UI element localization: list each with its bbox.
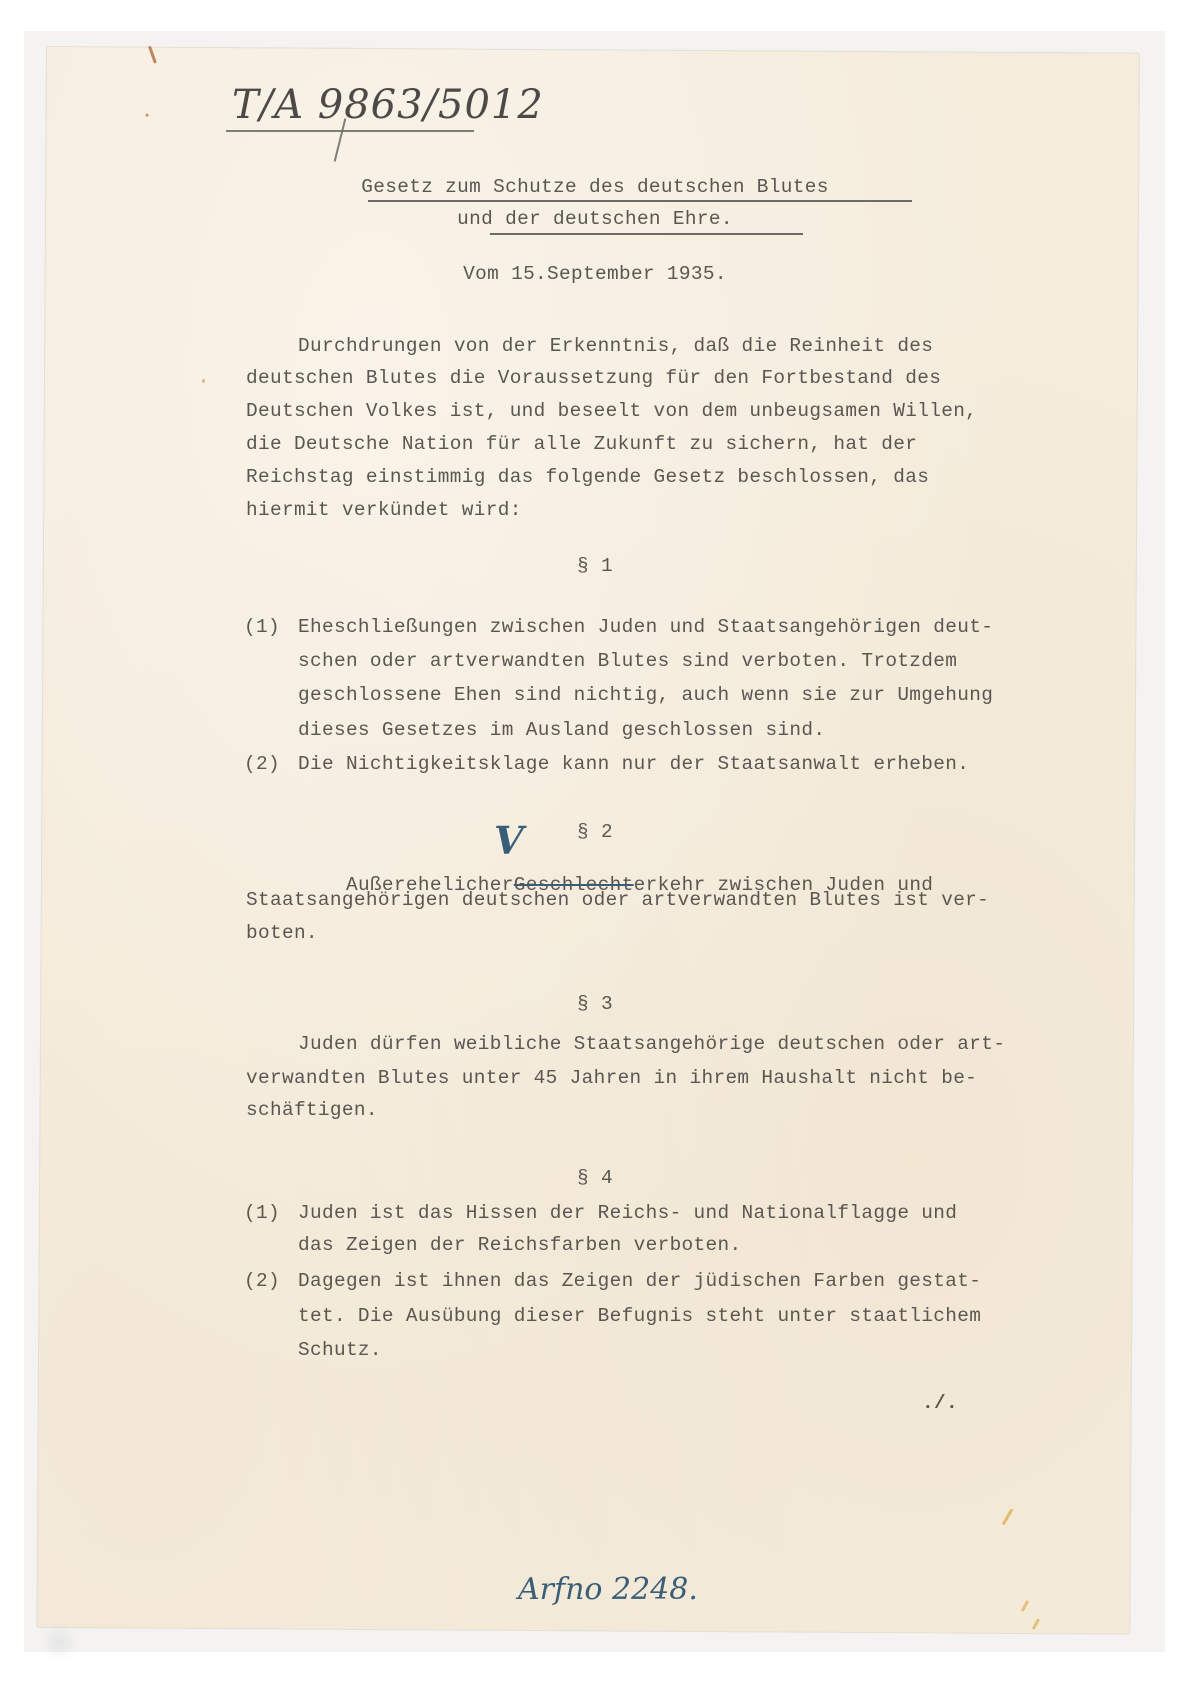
stain-streak-3 xyxy=(1032,1618,1040,1630)
preamble-line: Reichstag einstimmig das folgende Gesetz… xyxy=(246,468,929,487)
paragraph-line: Dagegen ist ihnen das Zeigen der jüdisch… xyxy=(298,1272,981,1291)
handwritten-correction: V xyxy=(494,818,523,863)
section-heading: § 2 xyxy=(577,821,613,843)
paragraph-line: das Zeigen der Reichsfarben verboten. xyxy=(298,1236,742,1255)
preamble-line: deutschen Blutes die Voraussetzung für d… xyxy=(246,369,941,388)
paragraph-number: (2) xyxy=(244,755,280,774)
paragraph-line: Eheschließungen zwischen Juden und Staat… xyxy=(298,618,993,637)
paragraph-line: geschlossene Ehen sind nichtig, auch wen… xyxy=(298,686,993,705)
paragraph-number: (2) xyxy=(244,1272,280,1291)
paragraph-number: (1) xyxy=(244,1204,280,1223)
paragraph-number: (1) xyxy=(244,618,280,637)
title-underline-2 xyxy=(490,233,803,235)
stain-blur-left xyxy=(39,1622,79,1662)
section-heading: § 3 xyxy=(577,993,613,1015)
continuation-mark: ./. xyxy=(922,1394,958,1413)
paragraph-line: schen oder artverwandten Blutes sind ver… xyxy=(298,652,957,671)
title-block: Gesetz zum Schutze des deutschen Blutes xyxy=(0,178,1190,197)
stain-streak-2 xyxy=(1021,1600,1029,1612)
archive-reference-handwritten: T/A 9863/5012 xyxy=(232,82,544,128)
paragraph-line: tet. Die Ausübung dieser Befugnis steht … xyxy=(298,1307,981,1326)
preamble-line: Deutschen Volkes ist, und beseelt von de… xyxy=(246,402,977,421)
paragraph-line: verwandten Blutes unter 45 Jahren in ihr… xyxy=(246,1069,977,1088)
document-date: Vom 15.September 1935. xyxy=(463,263,727,285)
paragraph-line: Die Nichtigkeitsklage kann nur der Staat… xyxy=(298,755,969,774)
paragraph-line: Schutz. xyxy=(298,1341,382,1360)
title-block-2: und der deutschen Ehre. xyxy=(0,210,1190,229)
stain-streak-1 xyxy=(1002,1508,1014,1525)
section-heading: § 4 xyxy=(577,1167,613,1189)
preamble-line: die Deutsche Nation für alle Zukunft zu … xyxy=(246,435,917,454)
section-heading: § 1 xyxy=(577,555,613,577)
document-title-line1: Gesetz zum Schutze des deutschen Blutes xyxy=(361,176,828,198)
stain-dot xyxy=(146,114,149,117)
paragraph-line: Juden ist das Hissen der Reichs- und Nat… xyxy=(298,1204,957,1223)
paragraph-line: schäftigen. xyxy=(246,1101,378,1120)
preamble-line: hiermit verkündet wird: xyxy=(246,501,522,520)
date-line: Vom 15.September 1935. xyxy=(0,265,1190,284)
paragraph-line: Staatsangehörigen deutschen oder artverw… xyxy=(246,891,989,910)
paragraph-line: Juden dürfen weibliche Staatsangehörige … xyxy=(298,1035,1005,1054)
stain-mark-left xyxy=(202,379,205,383)
paragraph-line: boten. xyxy=(246,924,318,943)
title-underline-1 xyxy=(368,200,912,202)
paragraph-line: dieses Gesetzes im Ausland geschlossen s… xyxy=(298,721,825,740)
preamble-line: Durchdrungen von der Erkenntnis, daß die… xyxy=(298,337,933,356)
footer-handwritten-note: Arfno 2248. xyxy=(518,1572,698,1607)
document-title-line2: und der deutschen Ehre. xyxy=(457,208,733,230)
ink-mark-top xyxy=(148,46,157,64)
archive-reference-underline xyxy=(226,130,474,132)
